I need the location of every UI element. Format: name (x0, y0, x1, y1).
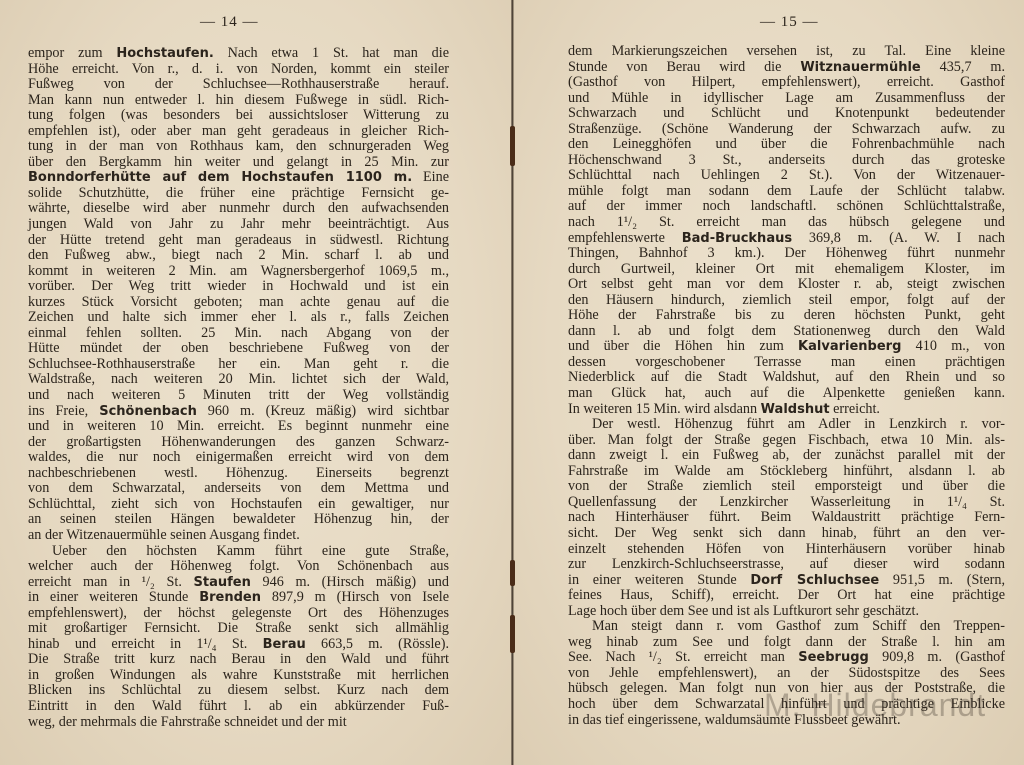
page-body: dem Markierungszeichen versehen ist, zu … (568, 44, 1005, 728)
text-line: Schlüchttal nach Uehlingen 2 St.). Von d… (568, 168, 1005, 184)
page-body: empor zum Hochstaufen. Nach etwa 1 St. h… (28, 46, 449, 730)
text-line: Höchenschwand 3 St., anderseits durch da… (568, 153, 1005, 169)
place-name: Seebrugg (798, 650, 869, 665)
text-line: Hütte mündet der oben beschriebene Fußwe… (28, 341, 449, 357)
text-line: weg, der mehrmals die Fahrstraße schneid… (28, 715, 449, 731)
text-line: feines Haus, Schiff), erreicht. Der Ort … (568, 588, 1005, 604)
text-line: sicht. Der Weg senkt sich dann hinab, fü… (568, 526, 1005, 542)
text-line: den Leinegghöfen und über die Fohrenbach… (568, 137, 1005, 153)
text-line: Eintritt in den Wald führt l. ab ein abk… (28, 699, 449, 715)
text-line: von der Straße ziemlich steil emporsteig… (568, 479, 1005, 495)
text-line: über. Man folgt der Straße gegen Fischba… (568, 433, 1005, 449)
text-line: (Gasthof von Hilpert, empfehlenswert), e… (568, 75, 1005, 91)
place-name: Waldshut (761, 402, 830, 417)
place-name: Dorf Schluchsee (750, 573, 879, 588)
place-name: Schönenbach (99, 404, 197, 419)
text-line: Thingen, Bahnhof 3 km.). Der Höhenweg fü… (568, 246, 1005, 262)
text-line: an seinen steilen Hängen bewaldeter Höhe… (28, 512, 449, 528)
text-line: mühle folgt man sodann dem Laufe der Sch… (568, 184, 1005, 200)
text-line: in einer weiteren Stunde Brenden 897,9 m… (28, 590, 449, 606)
spine-stain (510, 126, 515, 166)
text-line: Schluchsee-Rothhauserstraße her ein. Man… (28, 357, 449, 373)
text-line: Stunde von Berau wird die Witznauermühle… (568, 60, 1005, 76)
text-line: waldes, die nur noch einigermaßen erreic… (28, 450, 449, 466)
spine-stain (510, 615, 515, 653)
text-line: und Mühle in idyllischer Lage am Zusamme… (568, 91, 1005, 107)
text-line: den Fußweg abw., biegt nach 2 Min. schar… (28, 248, 449, 264)
text-line: Man steigt dann r. vom Gasthof zum Schif… (568, 619, 1005, 635)
text-line: Bonndorferhütte auf dem Hochstaufen 1100… (28, 170, 449, 186)
text-line: Ort selbst geht man vor dem Kloster r. a… (568, 277, 1005, 293)
place-name: Bonndorferhütte auf dem Hochstaufen 1100… (28, 170, 412, 185)
text-line: weg hinab zum See und folgt dann der Str… (568, 635, 1005, 651)
text-line: über den Bergkamm hin weiter und gelangt… (28, 155, 449, 171)
text-line: dessen vorgeschobener Terrasse man einen… (568, 355, 1005, 371)
place-name: Staufen (194, 575, 251, 590)
text-line: jungen Wald von Jahr zu Jahr mehr beeint… (28, 217, 449, 233)
place-name: Kalvarienberg (798, 339, 901, 354)
page-number: — 14 — (200, 14, 259, 31)
text-line: ins Freie, Schönenbach 960 m. (Kreuz mäß… (28, 404, 449, 420)
text-line: in großen Windungen als wahre Kunststraß… (28, 668, 449, 684)
text-line: währte, dieselbe wird aber nunmehr durch… (28, 201, 449, 217)
text-line: einzelt stehenden Höfen von Hinterhäuser… (568, 542, 1005, 558)
text-line: Schwarzach und Schlücht und Knotenpunkt … (568, 106, 1005, 122)
page-number: — 15 — (760, 14, 819, 31)
text-line: empfehlen ist), oder aber man geht gerad… (28, 124, 449, 140)
text-line: Man kann nun entweder l. hin diesem Fußw… (28, 93, 449, 109)
text-line: in einer weiteren Stunde Dorf Schluchsee… (568, 573, 1005, 589)
left-page: — 14 — empor zum Hochstaufen. Nach etwa … (0, 0, 512, 765)
text-line: Fußweg von der Schluchsee—Rothhauserstra… (28, 77, 449, 93)
text-line: Höhe erreicht. Von r., d. i. von Norden,… (28, 62, 449, 78)
text-line: solide Schutzhütte, die früher eine präc… (28, 186, 449, 202)
text-line: Niederblick auf die Stadt Waldshut, auf … (568, 370, 1005, 386)
text-line: und über die Höhen hin zum Kalvarienberg… (568, 339, 1005, 355)
text-line: nach Hinterhäuser führt. Beim Waldaustri… (568, 510, 1005, 526)
paragraph: Ueber den höchsten Kamm führt eine gute … (28, 544, 449, 731)
paragraph: empor zum Hochstaufen. Nach etwa 1 St. h… (28, 46, 449, 544)
text-line: See. Nach ¹/₂ St. erreicht man Seebrugg … (568, 650, 1005, 666)
text-line: an der Witzenauermühle seinen Ausgang fi… (28, 528, 449, 544)
text-line: und nach weiteren 5 Minuten tritt der We… (28, 388, 449, 404)
text-line: dann zweigt l. ein Fußweg ab, der zunäch… (568, 448, 1005, 464)
text-line: der Hütte tretend geht man geradeaus in … (28, 233, 449, 249)
text-line: Quellenfassung der Lenzkircher Wasserlei… (568, 495, 1005, 511)
text-line: durch Gurtweil, kleiner Ort mit ehemalig… (568, 262, 1005, 278)
place-name: Bad-Bruckhaus (682, 231, 792, 246)
text-line: erreicht man in ¹/₂ St. Staufen 946 m. (… (28, 575, 449, 591)
text-line: kommt in weiteren 2 Min. am Wagnersberge… (28, 264, 449, 280)
text-line: Blicken ins Schlüchtal zu diesem selbst.… (28, 683, 449, 699)
place-name: Hochstaufen. (116, 46, 213, 61)
text-line: empfehlenswert), der höchst gelegenste O… (28, 606, 449, 622)
text-line: Straßenzüge. (Schöne Wanderung der Schwa… (568, 122, 1005, 138)
spine-stain (510, 560, 515, 586)
text-line: tung in der man von Rothhaus kam, den sc… (28, 139, 449, 155)
place-name: Berau (263, 637, 306, 652)
text-line: der großartigsten Höhenwanderungen des g… (28, 435, 449, 451)
text-line: auf der immer noch landschaftl. schönen … (568, 199, 1005, 215)
text-line: in das tief eingerissene, waldumsäumte F… (568, 713, 1005, 729)
text-line: zur Lenzkirch-Schluchseerstrasse, auf di… (568, 557, 1005, 573)
text-line: Waldstraße, nach weiteren 20 Min. lichte… (28, 372, 449, 388)
text-line: Zeichen und halte sich immer eher l. als… (28, 310, 449, 326)
text-line: nachbeschriebenen westl. Höhenzug. Einer… (28, 466, 449, 482)
text-line: dem Markierungszeichen versehen ist, zu … (568, 44, 1005, 60)
text-line: dann l. ab und folgt dem Stationenweg du… (568, 324, 1005, 340)
text-line: von dem Schwarzatal, anderseits von dem … (28, 481, 449, 497)
paragraph: Der westl. Höhenzug führt am Adler in Le… (568, 417, 1005, 619)
text-line: nach 1¹/₂ St. erreicht man das hübsch ge… (568, 215, 1005, 231)
text-line: Schlüchttal, zieht sich von Hochstaufen … (28, 497, 449, 513)
text-line: einmal fehlen sollten. 25 Min. nach Abga… (28, 326, 449, 342)
text-line: Die Straße tritt kurz nach Berau in den … (28, 652, 449, 668)
text-line: In weiteren 15 Min. wird alsdann Waldshu… (568, 402, 1005, 418)
text-line: kurzes Stück Vorsicht geboten; man achte… (28, 295, 449, 311)
place-name: Brenden (199, 590, 261, 605)
text-line: den Häusern hindurch, ziemlich steil emp… (568, 293, 1005, 309)
paragraph: Man steigt dann r. vom Gasthof zum Schif… (568, 619, 1005, 728)
text-line: hübsch gelegen. Man folgt nun von hier a… (568, 681, 1005, 697)
text-line: mit großartiger Fernsicht. Die Straße se… (28, 621, 449, 637)
text-line: Fahrstraße im Walde am Stöckleberg hinfü… (568, 464, 1005, 480)
place-name: Witznauermühle (800, 60, 920, 75)
text-line: empor zum Hochstaufen. Nach etwa 1 St. h… (28, 46, 449, 62)
paragraph: dem Markierungszeichen versehen ist, zu … (568, 44, 1005, 417)
text-line: welcher auch der Höhenweg folgt. Von Sch… (28, 559, 449, 575)
text-line: hoch über dem Schwarzatal hinführt und p… (568, 697, 1005, 713)
text-line: man Glück hat, auch auf die Alpenkette g… (568, 386, 1005, 402)
text-line: Ueber den höchsten Kamm führt eine gute … (28, 544, 449, 560)
right-page: — 15 — dem Markierungszeichen versehen i… (512, 0, 1024, 765)
text-line: vorüber. Der Weg tritt wieder in Hochwal… (28, 279, 449, 295)
text-line: und in weiteren 10 Min. erreicht. Es beg… (28, 419, 449, 435)
text-line: Der westl. Höhenzug führt am Adler in Le… (568, 417, 1005, 433)
text-line: tung folgen (was besonders bei aussichts… (28, 108, 449, 124)
text-line: von Jehle empfehlenswert), an der Südost… (568, 666, 1005, 682)
text-line: empfehlenswerte Bad-Bruckhaus 369,8 m. (… (568, 231, 1005, 247)
text-line: Lage hoch über dem See und ist als Luftk… (568, 604, 1005, 620)
text-line: Höhe der Fahrstraße bis zu deren höchste… (568, 308, 1005, 324)
text-line: hinab und erreicht in 1¹/₄ St. Berau 663… (28, 637, 449, 653)
